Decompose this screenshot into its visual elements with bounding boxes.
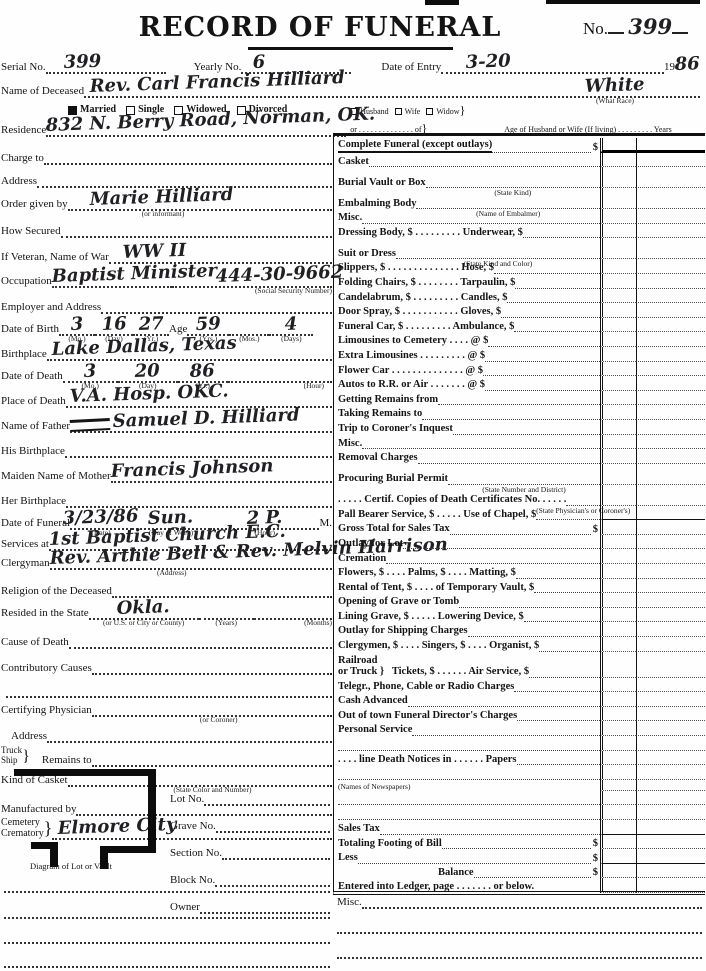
fee-amount-col1: [600, 721, 636, 736]
fee-leader-line: [386, 562, 600, 564]
fee-row-left: [334, 803, 600, 805]
fee-row-left: Cash Advanced: [334, 695, 600, 707]
fee-label: Out of town Funeral Director's Charges: [338, 710, 517, 722]
fee-amount-col1: [600, 564, 636, 579]
fee-row: Cremation: [334, 549, 705, 564]
fee-row: Burial Vault or Box(State Kind): [334, 167, 705, 188]
document-number-label: No.: [583, 19, 608, 38]
fee-row-left: [334, 778, 600, 780]
fee-row-left: Misc.: [334, 438, 600, 450]
fee-amount-col1: [600, 535, 636, 550]
fee-row-left: Dressing Body, $ . . . . . . . . . Under…: [334, 227, 600, 239]
fee-amount-col2: [636, 535, 705, 550]
field-row: Maiden Name of Mother Francis Johnson: [6, 458, 332, 483]
fee-row-left: Casket: [334, 156, 600, 168]
fee-row: Taking Remains to: [334, 405, 705, 420]
fee-leader-line: [501, 316, 600, 318]
fee-leader-line: [380, 833, 600, 835]
dotted-line: Francis Johnson: [111, 463, 332, 483]
field-row: Misc.: [337, 893, 702, 909]
field-row: Birthplace Lake Dallas, Texas: [6, 336, 332, 361]
fee-amount-col1: [600, 347, 636, 362]
serial-value: 399: [63, 53, 101, 72]
lot-no-label: Lot No.: [170, 793, 204, 806]
residence-line: 832 N. Berry Road, Norman, OK.: [46, 117, 346, 137]
fee-row: Totaling Footing of Bill$: [334, 835, 705, 850]
fee-row-left: Removal Charges: [334, 452, 600, 464]
fee-row: Less$: [334, 849, 705, 864]
veteran-war-label: If Veteran, Name of War: [1, 251, 109, 264]
fee-amount-col1: [600, 878, 636, 893]
field-row: Contributory Causes: [6, 649, 332, 675]
fee-row: Personal Service: [334, 721, 705, 736]
fee-leader-line: [453, 433, 600, 435]
fee-row: Cash Advanced: [334, 692, 705, 707]
fee-row-left: Embalming Body(Name of Embalmer): [334, 198, 600, 210]
fee-amount-col2: [636, 259, 705, 274]
place-of-death-label: Place of Death: [1, 395, 66, 408]
fee-row: Extra Limousines . . . . . . . . . @ $: [334, 347, 705, 362]
fee-amount-col1: [600, 751, 636, 766]
fee-amount-col1: [600, 678, 636, 693]
fee-amount-col1: [600, 224, 636, 239]
fee-itemization-box: Complete Funeral (except outlays)$Casket…: [333, 133, 705, 895]
fee-amount-col2: [636, 765, 705, 780]
fee-row: Outlay for Shipping Charges: [334, 622, 705, 637]
dotted-line: [4, 891, 330, 893]
fee-leader-line: [362, 447, 600, 449]
death-year-value: 86: [190, 362, 216, 381]
checkbox-widow-icon: [426, 108, 433, 115]
fee-amount-col1: [600, 274, 636, 289]
fee-amount-col1: [600, 303, 636, 318]
age-value: 59: [195, 315, 221, 334]
truck-ship-brace-label: TruckShip: [1, 746, 22, 767]
fee-row-left: Taking Remains to: [334, 408, 600, 420]
fee-row: Removal Charges: [334, 449, 705, 464]
fee-row-left: Limousines to Cemetery . . . . @ $: [334, 335, 600, 347]
fee-sublabel: (Name of Embalmer): [476, 209, 540, 218]
fee-row: Trip to Coroner's Inquest: [334, 420, 705, 435]
fee-amount-col2: [636, 864, 705, 879]
year-written: 86: [674, 55, 700, 74]
owner-label: Owner: [170, 901, 200, 914]
fee-label: Casket: [338, 156, 369, 168]
fee-amount-col2: [636, 167, 705, 188]
birth-year-value: 27: [138, 315, 164, 334]
fee-leader-line: (State Physician's or Coroner's): [566, 504, 600, 506]
fee-row: Balance$: [334, 864, 705, 879]
fee-leader-line: [408, 705, 600, 707]
fee-label: Trip to Coroner's Inquest: [338, 423, 453, 435]
fee-sublabel: (State Physician's or Coroner's): [536, 506, 630, 515]
dotted-line: [200, 912, 330, 914]
mother-value: Francis Johnson: [110, 457, 273, 481]
birthplace-value: Lake Dallas, Texas: [51, 335, 237, 359]
fee-dollar-sign: $: [591, 853, 600, 864]
fee-leader-line: [536, 518, 600, 520]
fee-list: Complete Funeral (except outlays)$Casket…: [334, 138, 705, 893]
resided-state-label: Resided in the State: [1, 607, 89, 620]
fee-label: Totaling Footing of Bill: [338, 838, 442, 850]
fee-label: Extra Limousines . . . . . . . . . @ $: [338, 350, 485, 362]
fee-row: Clergymen, $ . . . . Singers, $ . . . . …: [334, 637, 705, 652]
fee-amount-col2: [636, 835, 705, 850]
death-month-line: 3(Mo.): [63, 363, 118, 383]
fee-label: Dressing Body, $ . . . . . . . . . Under…: [338, 227, 523, 239]
fee-row: (Names of Newspapers): [334, 780, 705, 791]
diagram-line: [148, 769, 156, 853]
resided-line: Okla.(or U.S. or City or County): [89, 600, 199, 620]
fee-leader-line: [494, 272, 600, 274]
entry-line: 3-20: [441, 54, 664, 74]
fee-row: Gross Total for Sales Tax$: [334, 520, 705, 535]
fee-row: Folding Chairs, $ . . . . . . . . Tarpau…: [334, 274, 705, 289]
fee-row-left: Outlay for Shipping Charges: [334, 625, 600, 637]
grave-no-label: Grave No.: [170, 820, 216, 833]
widow-label: Widow: [436, 107, 459, 116]
fee-amount-col2: [636, 238, 705, 259]
fee-row: Lining Grave, $ . . . . . Lowering Devic…: [334, 608, 705, 623]
fee-leader-line: [515, 287, 600, 289]
dotted-line: Lake Dallas, Texas: [47, 341, 332, 361]
field-row: Clergyman Rev. Arthie Bell & Rev. Melvin…: [6, 551, 332, 570]
fee-label: . . . . . Certif. Copies of Death Certif…: [338, 494, 566, 506]
fee-amount-col1: [600, 259, 636, 274]
field-row: Employer and Address: [6, 288, 332, 314]
fee-row-left: Candelabrum, $ . . . . . . . . . Candles…: [334, 292, 600, 304]
fee-leader-line: [459, 606, 600, 608]
cause-of-death-label: Cause of Death: [1, 636, 69, 649]
fee-leader-line: [450, 533, 591, 535]
fee-row-left: Balance$: [334, 867, 600, 879]
fee-leader-line: [369, 165, 600, 167]
fee-label: Opening of Grave or Tomb: [338, 596, 459, 608]
fee-amount-col2: [636, 449, 705, 464]
fee-row: Dressing Body, $ . . . . . . . . . Under…: [334, 224, 705, 239]
checkbox-wife-icon: [395, 108, 402, 115]
fee-amount-col1: [600, 238, 636, 259]
fee-row: Out of town Funeral Director's Charges: [334, 707, 705, 722]
fee-amount-col2: [636, 188, 705, 209]
fee-amount-col2: [636, 464, 705, 485]
fee-leader-line: [474, 876, 591, 878]
deceased-row: Name of Deceased Rev. Carl Francis Hilli…: [6, 74, 700, 98]
field-row: Occupation Baptist Minister 444-30-9662 …: [6, 264, 332, 288]
fee-leader-line: [488, 345, 600, 347]
fee-amount-col1: [600, 420, 636, 435]
fee-label: (Names of Newspapers): [338, 783, 410, 791]
fee-label: Rental of Tent, $ . . . . of Temporary V…: [338, 582, 534, 594]
fee-amount-col2: [636, 652, 705, 678]
fee-amount-col2: [636, 564, 705, 579]
fee-row-left: Sales Tax: [334, 823, 600, 835]
fee-leader-line: [338, 749, 600, 751]
fee-row: Opening of Grave or Tomb: [334, 593, 705, 608]
fee-label-line2: or Truck } Tickets, $ . . . . . . Air Se…: [338, 666, 529, 678]
dotted-line: [4, 942, 330, 944]
fee-amount-col1: [600, 153, 636, 168]
fee-amount-col1: [600, 765, 636, 780]
fee-label: Procuring Burial Permit: [338, 473, 448, 485]
fee-row: Autos to R.R. or Air . . . . . . . @ $: [334, 376, 705, 391]
fee-leader-line: [483, 374, 600, 376]
fee-row-left: Cremation: [334, 553, 600, 565]
dotted-line: WW II: [109, 244, 332, 264]
deceased-label: Name of Deceased: [1, 85, 84, 98]
fee-label: Misc.: [338, 438, 362, 450]
birthplace-label: Birthplace: [1, 348, 47, 361]
fee-amount-col1: [600, 318, 636, 333]
section-no-label: Section No.: [170, 847, 222, 860]
fee-row: Misc.: [334, 435, 705, 450]
age-days-value: 4: [284, 316, 297, 334]
fee-label: Candelabrum, $ . . . . . . . . . Candles…: [338, 292, 507, 304]
field-row: How Secured: [6, 211, 332, 238]
fee-row: Railroador Truck } Tickets, $ . . . . . …: [334, 652, 705, 678]
fee-amount-col2: [636, 622, 705, 637]
fee-amount-col1: [600, 549, 636, 564]
physician-address-label: Address: [11, 730, 47, 743]
fee-amount-col1: [600, 707, 636, 722]
fee-row-left: Suit or Dress(State Kind and Color): [334, 248, 600, 260]
fee-row-left: (Names of Newspapers): [334, 783, 600, 791]
fee-amount-col2: [636, 791, 705, 806]
fee-amount-col2: [636, 153, 705, 168]
fee-row-left: Less$: [334, 852, 600, 864]
fee-row-left: Procuring Burial Permit(State Number and…: [334, 473, 600, 485]
certifying-physician-label: Certifying Physician: [1, 704, 92, 717]
fee-leader-line: [517, 719, 600, 721]
brace-glyph: }: [460, 103, 466, 117]
fee-leader-line: [516, 577, 600, 579]
fee-amount-col2: [636, 332, 705, 347]
fee-row: Complete Funeral (except outlays)$: [334, 138, 705, 153]
field-row: Address: [6, 717, 332, 743]
fee-leader-line: [514, 690, 600, 692]
order-given-by-label: Order given by: [1, 198, 68, 211]
fee-row-left: Outlay for Lot: [334, 538, 600, 550]
contributory-causes-label: Contributory Causes: [1, 662, 92, 675]
fee-leader-line: (State Kind and Color): [396, 257, 600, 259]
fee-leader-line: [338, 778, 600, 780]
fee-label: Burial Vault or Box: [338, 177, 426, 189]
birth-month-line: 3(Mo.): [59, 316, 95, 336]
fee-leader-line: (Name of Embalmer): [416, 207, 600, 209]
fee-amount-col2: [636, 678, 705, 693]
fee-leader-line: (State Number and District): [448, 483, 600, 485]
funeral-date-value: 3/23/86: [63, 507, 139, 528]
fee-amount-col1: [600, 464, 636, 485]
fee-label: Limousines to Cemetery . . . . @ $: [338, 335, 488, 347]
fee-row-left: Getting Remains from: [334, 394, 600, 406]
fee-amount-col2: [636, 303, 705, 318]
race-value: White: [584, 76, 644, 96]
dotted-line: [337, 957, 702, 959]
fee-sublabel: (State Kind and Color): [464, 259, 533, 268]
fee-amount-col2: [636, 780, 705, 791]
fee-label: Cash Advanced: [338, 695, 408, 707]
birth-day-value: 16: [101, 315, 127, 334]
fee-amount-col1: [600, 622, 636, 637]
fee-label: Outlay for Lot: [338, 538, 403, 550]
place-of-death-value: V.A. Hosp. OKC.: [69, 382, 229, 406]
fee-row: Funeral Car, $ . . . . . . . . . Ambulan…: [334, 318, 705, 333]
field-row: Date of Death 3(Mo.) 20(Day) 86(Yr.) (Ho…: [6, 361, 332, 383]
fee-row-left: . . . . . Certif. Copies of Death Certif…: [334, 494, 600, 506]
fee-leader-line: [485, 360, 600, 362]
fee-row: [334, 736, 705, 751]
order-given-by-value: Marie Hilliard: [89, 186, 233, 209]
his-birthplace-label: His Birthplace: [1, 445, 65, 458]
fee-row: Flower Car . . . . . . . . . . . . . . @…: [334, 362, 705, 377]
field-row: Date of Birth 3(Mo.) 16(Day) 27(Yr.) Age…: [6, 314, 332, 336]
scan-artifact: [425, 0, 459, 5]
fee-dollar-sign: $: [591, 838, 600, 849]
fee-leader-line: [442, 847, 591, 849]
fee-leader-line: [338, 818, 600, 820]
fee-row-left: Autos to R.R. or Air . . . . . . . @ $: [334, 379, 600, 391]
fee-row-left: [334, 818, 600, 820]
residence-label: Residence: [1, 124, 46, 137]
father-label: Name of Father: [1, 420, 70, 433]
fee-leader-line: [523, 236, 600, 238]
serial-row: Serial No. 399 Yearly No. 6 Date of Entr…: [6, 50, 700, 74]
fee-amount-col1: [600, 692, 636, 707]
fee-row: Telegr., Phone, Cable or Radio Charges: [334, 678, 705, 693]
fee-amount-col2: [636, 224, 705, 239]
field-row: Religion of the Deceased: [6, 570, 332, 598]
fee-row-left: Misc.: [334, 212, 600, 224]
diagram-label: Diagram of Lot or Vault: [30, 861, 112, 871]
fee-leader-line: [358, 862, 591, 864]
date-of-death-label: Date of Death: [1, 370, 63, 383]
fee-amount-col1: [600, 289, 636, 304]
scan-artifact: [546, 0, 700, 4]
field-row: Resided in the State Okla.(or U.S. or Ci…: [6, 598, 332, 620]
her-birthplace-label: Her Birthplace: [1, 495, 66, 508]
address-label: Address: [1, 175, 37, 188]
fee-row-left: Personal Service: [334, 724, 600, 736]
fee-amount-col2: [636, 579, 705, 594]
field-row: Address: [6, 165, 332, 188]
deceased-value: Rev. Carl Francis Hilliard: [89, 69, 345, 96]
fee-row-left: Gross Total for Sales Tax$: [334, 523, 600, 535]
fee-row: [334, 765, 705, 780]
diagram-line: [100, 846, 156, 853]
serial-line: 399: [46, 54, 166, 74]
page-title: RECORD OF FUNERAL: [0, 12, 640, 43]
fee-leader-line: (State Kind): [426, 186, 600, 188]
entry-label: Date of Entry: [381, 61, 441, 74]
fee-label: Railroador Truck } Tickets, $ . . . . . …: [338, 655, 529, 678]
field-row: Her Birthplace: [6, 483, 332, 508]
fee-label: Complete Funeral (except outlays): [338, 139, 492, 153]
birth-month-value: 3: [70, 316, 83, 334]
race-line: White (What Race): [530, 78, 700, 98]
fee-leader-line: [529, 676, 600, 678]
fee-row-left: Folding Chairs, $ . . . . . . . . Tarpau…: [334, 277, 600, 289]
fee-row-left: Burial Vault or Box(State Kind): [334, 177, 600, 189]
document-number-value: 399: [628, 14, 672, 39]
field-row: Name of Father Samuel D. Hilliard: [6, 408, 332, 433]
father-value: Samuel D. Hilliard: [112, 406, 299, 431]
fee-amount-col2: [636, 520, 705, 535]
fee-amount-col1: [600, 188, 636, 209]
fee-row: Procuring Burial Permit(State Number and…: [334, 464, 705, 485]
dotted-line: 444-30-9662 (Social Security Number): [172, 268, 332, 288]
fee-leader-line: [468, 635, 600, 637]
fee-leader-line: [507, 301, 600, 303]
crossed-out-scribble: [70, 418, 111, 432]
fee-leader-line: [338, 803, 600, 805]
fee-amount-col1: [600, 864, 636, 879]
misc-label: Misc.: [337, 896, 362, 909]
fee-amount-col2: [636, 318, 705, 333]
dotted-line: Baptist Minister: [52, 268, 172, 288]
deceased-line: Rev. Carl Francis Hilliard: [84, 78, 530, 98]
fee-row-left: Flower Car . . . . . . . . . . . . . . @…: [334, 365, 600, 377]
fee-row-left: Trip to Coroner's Inquest: [334, 423, 600, 435]
fee-amount-col1: [600, 835, 636, 850]
fee-leader-line: [517, 763, 601, 765]
fee-leader-line: [534, 591, 600, 593]
fee-leader-line: [438, 403, 600, 405]
fee-amount-col2: [636, 736, 705, 751]
fee-label: Autos to R.R. or Air . . . . . . . @ $: [338, 379, 485, 391]
left-column: Charge to Address Order given by Marie H…: [6, 140, 332, 840]
fee-label: Sales Tax: [338, 823, 380, 835]
religion-label: Religion of the Deceased: [1, 585, 112, 598]
fee-amount-col1: [600, 435, 636, 450]
resided-value: Okla.: [117, 598, 171, 618]
employer-label: Employer and Address: [1, 301, 101, 314]
fee-row-left: [334, 749, 600, 751]
fee-amount-col1: [600, 780, 636, 791]
fee-row: Limousines to Cemetery . . . . @ $: [334, 332, 705, 347]
fee-amount-col1: [600, 593, 636, 608]
fee-amount-col2: [636, 420, 705, 435]
fee-label: Getting Remains from: [338, 394, 438, 406]
fee-leader-line: [524, 620, 600, 622]
services-at-label: Services at: [1, 538, 49, 551]
fee-amount-col1: [600, 608, 636, 623]
fee-row: Casket: [334, 153, 705, 168]
fee-label: Outlay for Shipping Charges: [338, 625, 468, 637]
fee-label: . . . . line Death Notices in . . . . . …: [338, 754, 517, 766]
ssn-value: 444-30-9662: [215, 264, 343, 286]
fee-amount-col2: [636, 878, 705, 893]
fee-row-left: Telegr., Phone, Cable or Radio Charges: [334, 681, 600, 693]
fee-amount-col2: [636, 289, 705, 304]
fee-label: Gross Total for Sales Tax: [338, 523, 450, 535]
birth-year-line: 27(Yr.): [133, 316, 169, 336]
fee-row-left: Totaling Footing of Bill$: [334, 838, 600, 850]
fee-leader-line: [539, 650, 600, 652]
fee-label: Taking Remains to: [338, 408, 422, 420]
fee-row: Candelabrum, $ . . . . . . . . . Candles…: [334, 289, 705, 304]
fee-amount-col1: [600, 820, 636, 835]
fee-amount-col2: [636, 209, 705, 224]
fee-row-left: Out of town Funeral Director's Charges: [334, 710, 600, 722]
fee-row: . . . . line Death Notices in . . . . . …: [334, 751, 705, 766]
fee-amount-col2: [636, 391, 705, 406]
fee-amount-col1: [600, 791, 636, 806]
charge-to-label: Charge to: [1, 152, 44, 165]
entry-value: 3-20: [466, 52, 512, 72]
fee-amount-col2: [636, 347, 705, 362]
fee-amount-col1: [600, 849, 636, 864]
